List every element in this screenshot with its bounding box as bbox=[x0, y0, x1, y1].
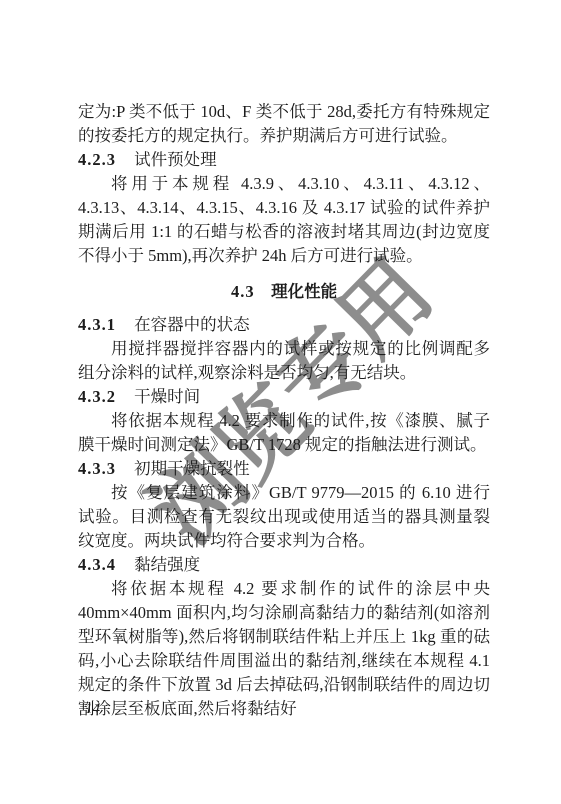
section-title: 理化性能 bbox=[271, 283, 337, 301]
paragraph-carryover: 定为:P 类不低于 10d、F 类不低于 28d,委托方有特殊规定的按委托方的规… bbox=[78, 100, 490, 148]
paragraph-specimen-pretreatment: 将用于本规程 4.3.9、4.3.10、4.3.11、4.3.12、4.3.13… bbox=[78, 172, 490, 268]
section-heading-4-3: 4.3理化性能 bbox=[78, 280, 490, 304]
clause-title: 试件预处理 bbox=[134, 150, 217, 169]
clause-number: 4.2.3 bbox=[78, 150, 116, 169]
clause-number: 4.3.3 bbox=[78, 459, 116, 478]
clause-heading-4-3-3: 4.3.3初期干燥抗裂性 bbox=[78, 457, 490, 481]
clause-title: 黏结强度 bbox=[134, 555, 200, 574]
paragraph-state-in-container: 用搅拌器搅拌容器内的试样或按规定的比例调配多组分涂料的试样,观察涂料是否均匀,有… bbox=[78, 337, 490, 385]
document-page: 浏览专用 定为:P 类不低于 10d、F 类不低于 28d,委托方有特殊规定的按… bbox=[0, 0, 561, 804]
clause-title: 干燥时间 bbox=[134, 387, 200, 406]
clause-number: 4.3.2 bbox=[78, 387, 116, 406]
clause-heading-4-3-2: 4.3.2干燥时间 bbox=[78, 385, 490, 409]
clause-number: 4.3.1 bbox=[78, 315, 116, 334]
clause-heading-4-3-4: 4.3.4黏结强度 bbox=[78, 553, 490, 577]
clause-heading-4-3-1: 4.3.1在容器中的状态 bbox=[78, 313, 490, 337]
page-content: 定为:P 类不低于 10d、F 类不低于 28d,委托方有特殊规定的按委托方的规… bbox=[0, 0, 561, 721]
paragraph-drying-time: 将依据本规程 4.2 要求制作的试件,按《漆膜、腻子膜干燥时间测定法》GB/T … bbox=[78, 409, 490, 457]
page-number: 14 bbox=[85, 701, 100, 718]
section-number: 4.3 bbox=[231, 282, 255, 301]
clause-title: 在容器中的状态 bbox=[134, 315, 250, 334]
clause-heading-4-2-3: 4.2.3试件预处理 bbox=[78, 148, 490, 172]
paragraph-crack-resistance: 按《复层建筑涂料》GB/T 9779—2015 的 6.10 进行试验。目测检查… bbox=[78, 481, 490, 553]
clause-title: 初期干燥抗裂性 bbox=[134, 459, 250, 478]
clause-number: 4.3.4 bbox=[78, 555, 116, 574]
paragraph-bond-strength: 将依据本规程 4.2 要求制作的试件的涂层中央 40mm×40mm 面积内,均匀… bbox=[78, 577, 490, 721]
